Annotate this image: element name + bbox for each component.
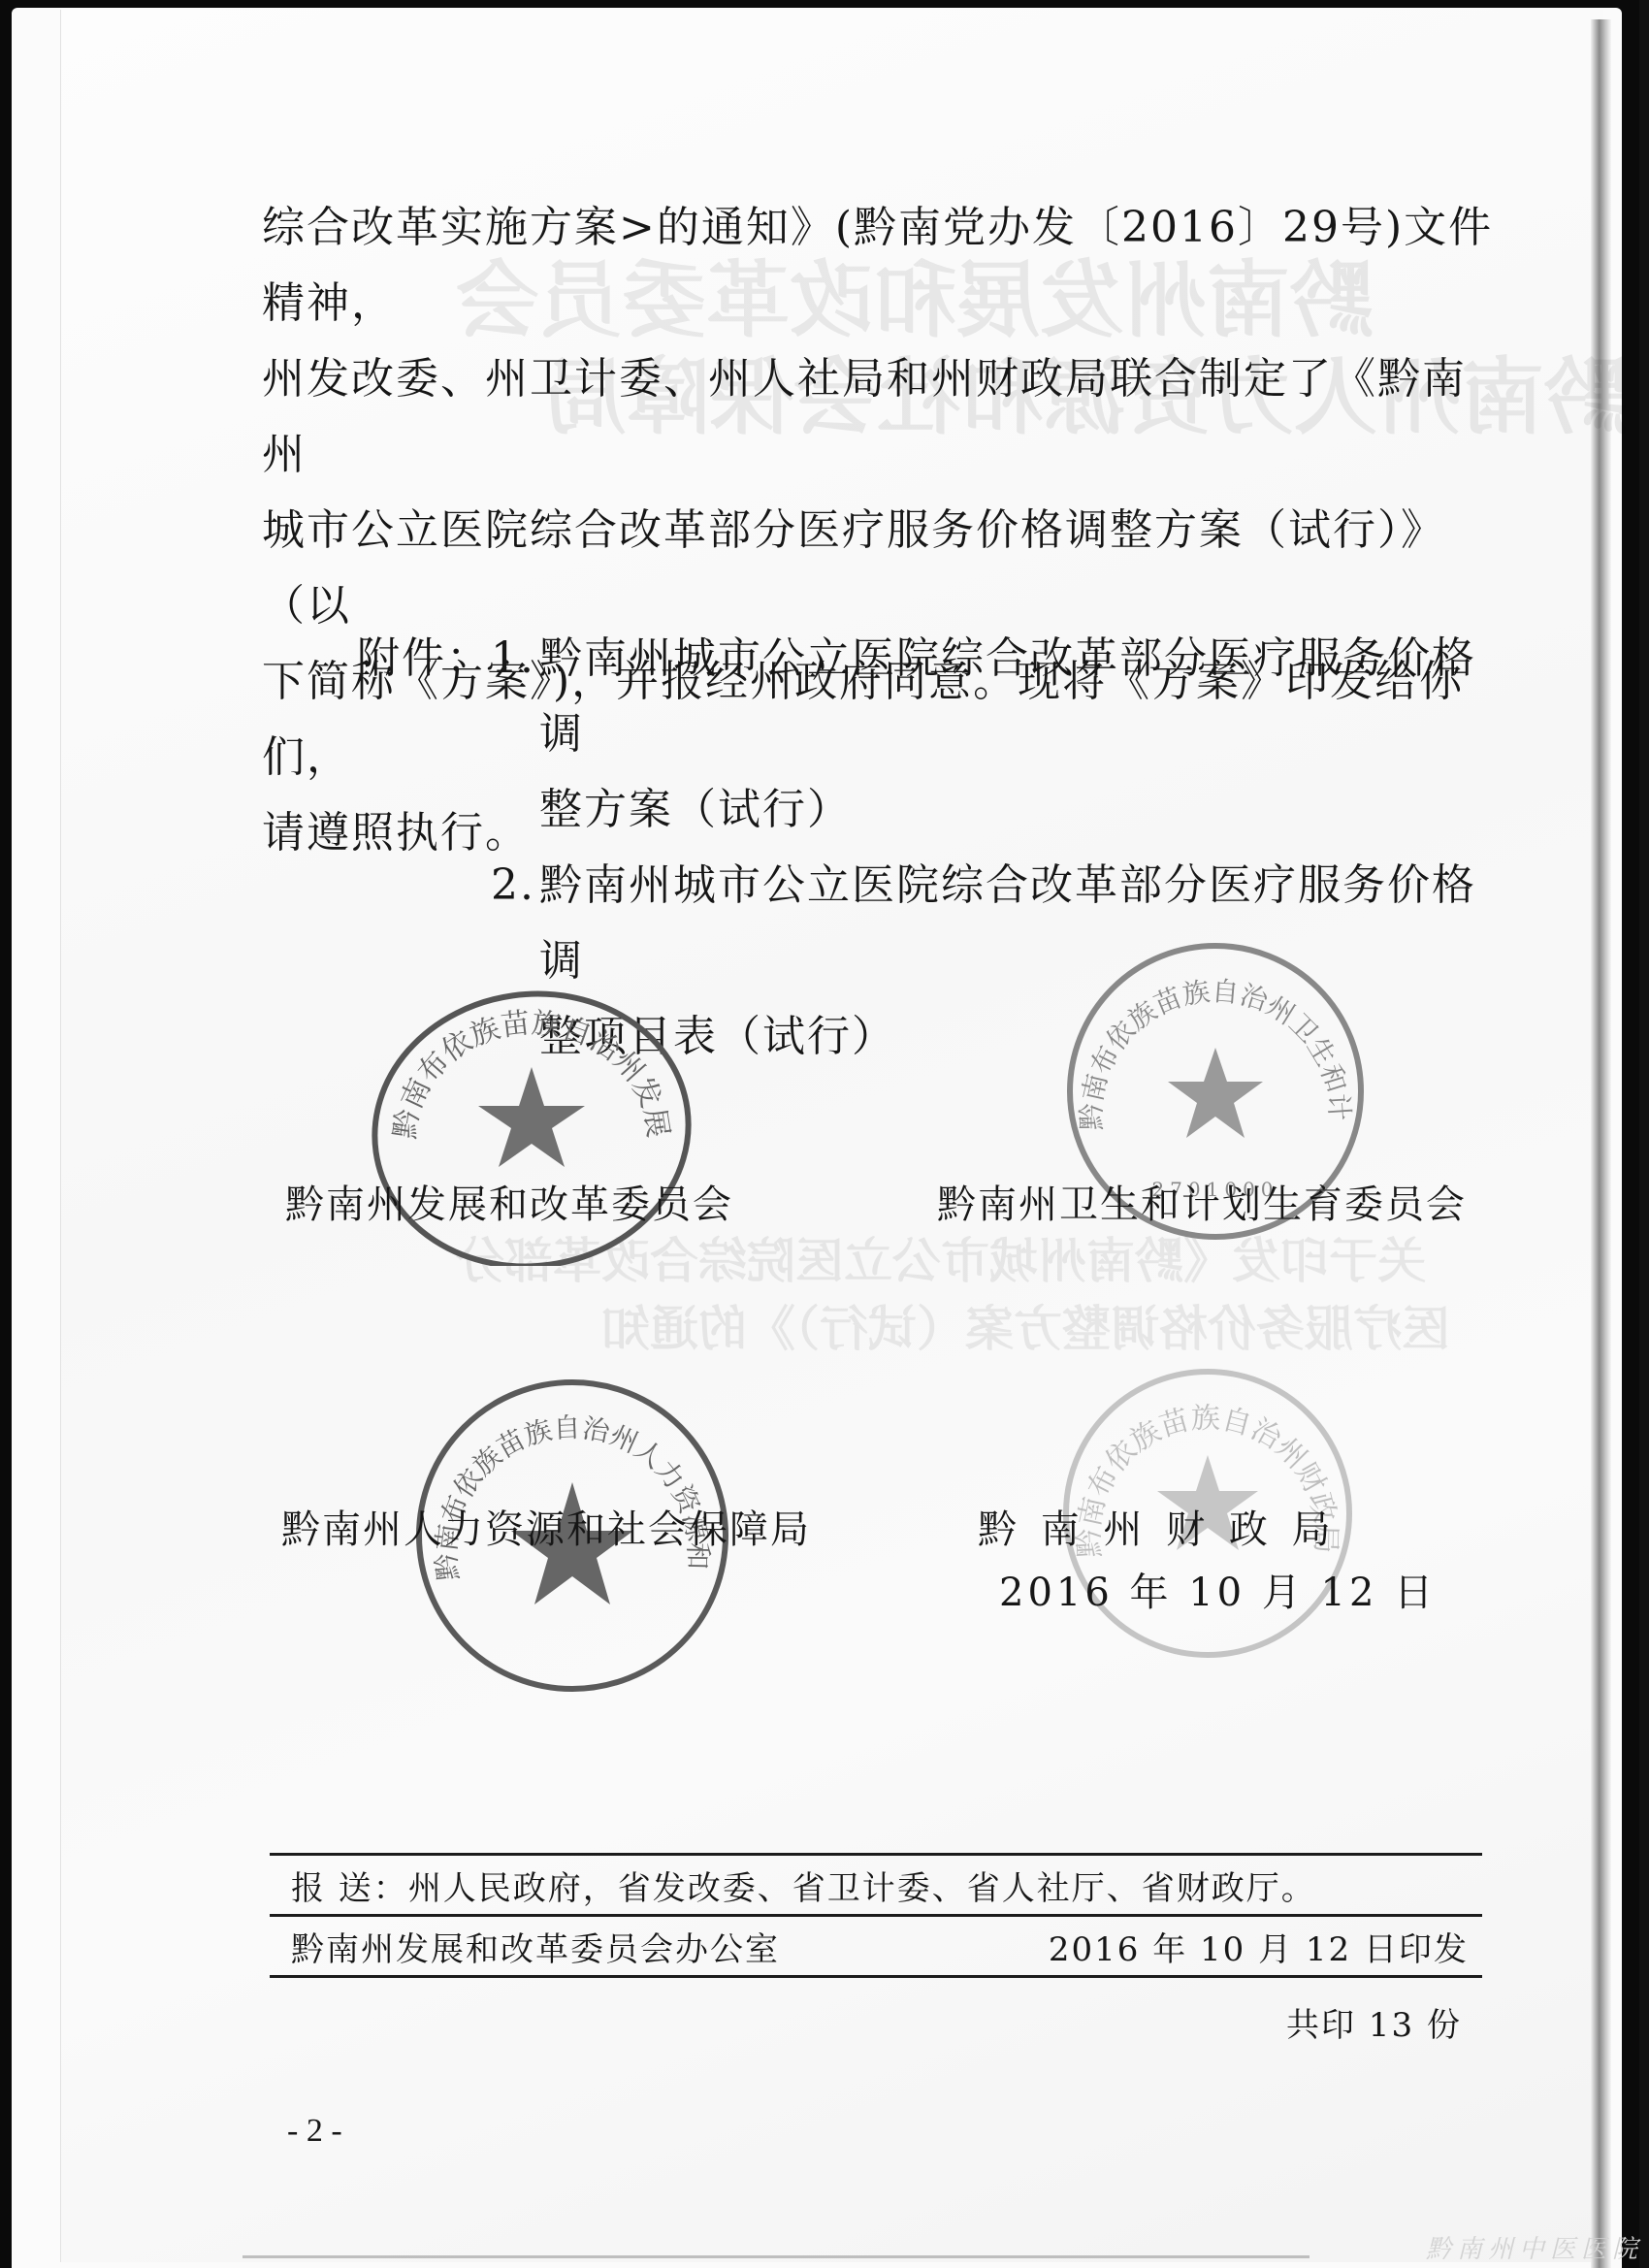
bleed-through-text: 医疗服务价格调整方案（试行）》的通知 bbox=[601, 1290, 1450, 1360]
issuing-office: 黔南州发展和改革委员会办公室 bbox=[291, 1923, 780, 1970]
signatory-name: 黔 南 州 财 政 局 bbox=[978, 1499, 1337, 1554]
attachment-title-line: 黔南州城市公立医院综合改革部分医疗服务价格调 bbox=[539, 621, 1509, 772]
distribution-block: 报 送： 州人民政府，省发改委、省卫计委、省人社厅、省财政厅。 黔南州发展和改革… bbox=[270, 1853, 1482, 1978]
attachment-number: 1. bbox=[491, 621, 539, 848]
issuer-row: 黔南州发展和改革委员会办公室 2016 年 10 月 12 日印发 bbox=[270, 1917, 1482, 1975]
page-number: - 2 - bbox=[287, 2113, 342, 2150]
cc-row: 报 送： 州人民政府，省发改委、省卫计委、省人社厅、省财政厅。 bbox=[270, 1856, 1482, 1914]
watermark: 黔南州中医医院 bbox=[1426, 2229, 1643, 2265]
attachment-title-line: 整方案（试行） bbox=[539, 772, 1509, 848]
signatory-name: 黔南州人力资源和社会保障局 bbox=[281, 1499, 811, 1554]
body-line: 州发改委、州卫计委、州人社局和州财政局联合制定了《黔南州 bbox=[262, 341, 1503, 493]
issue-date: 2016 年 10 月 12 日印发 bbox=[1049, 1923, 1469, 1970]
signatory-name: 黔南州卫生和计划生育委员会 bbox=[937, 1174, 1467, 1229]
attachment-item: 1. 黔南州城市公立医院综合改革部分医疗服务价格调 整方案（试行） bbox=[491, 621, 1509, 848]
signatory-name: 黔南州发展和改革委员会 bbox=[285, 1174, 733, 1229]
page-fold bbox=[242, 2255, 1309, 2258]
copies-count: 共印 13 份 bbox=[1286, 1998, 1462, 2046]
star-icon bbox=[1168, 1048, 1263, 1138]
divider bbox=[270, 1975, 1482, 1978]
star-icon bbox=[478, 1067, 585, 1167]
scan-edge bbox=[1639, 0, 1649, 2268]
sign-date: 2016 年 10 月 12 日 bbox=[999, 1562, 1437, 1617]
body-line: 综合改革实施方案>的通知》(黔南党办发〔2016〕29号)文件精神， bbox=[262, 190, 1503, 341]
cc-label: 报 送： bbox=[291, 1862, 408, 1909]
cc-recipients: 州人民政府，省发改委、省卫计委、省人社厅、省财政厅。 bbox=[408, 1862, 1316, 1909]
